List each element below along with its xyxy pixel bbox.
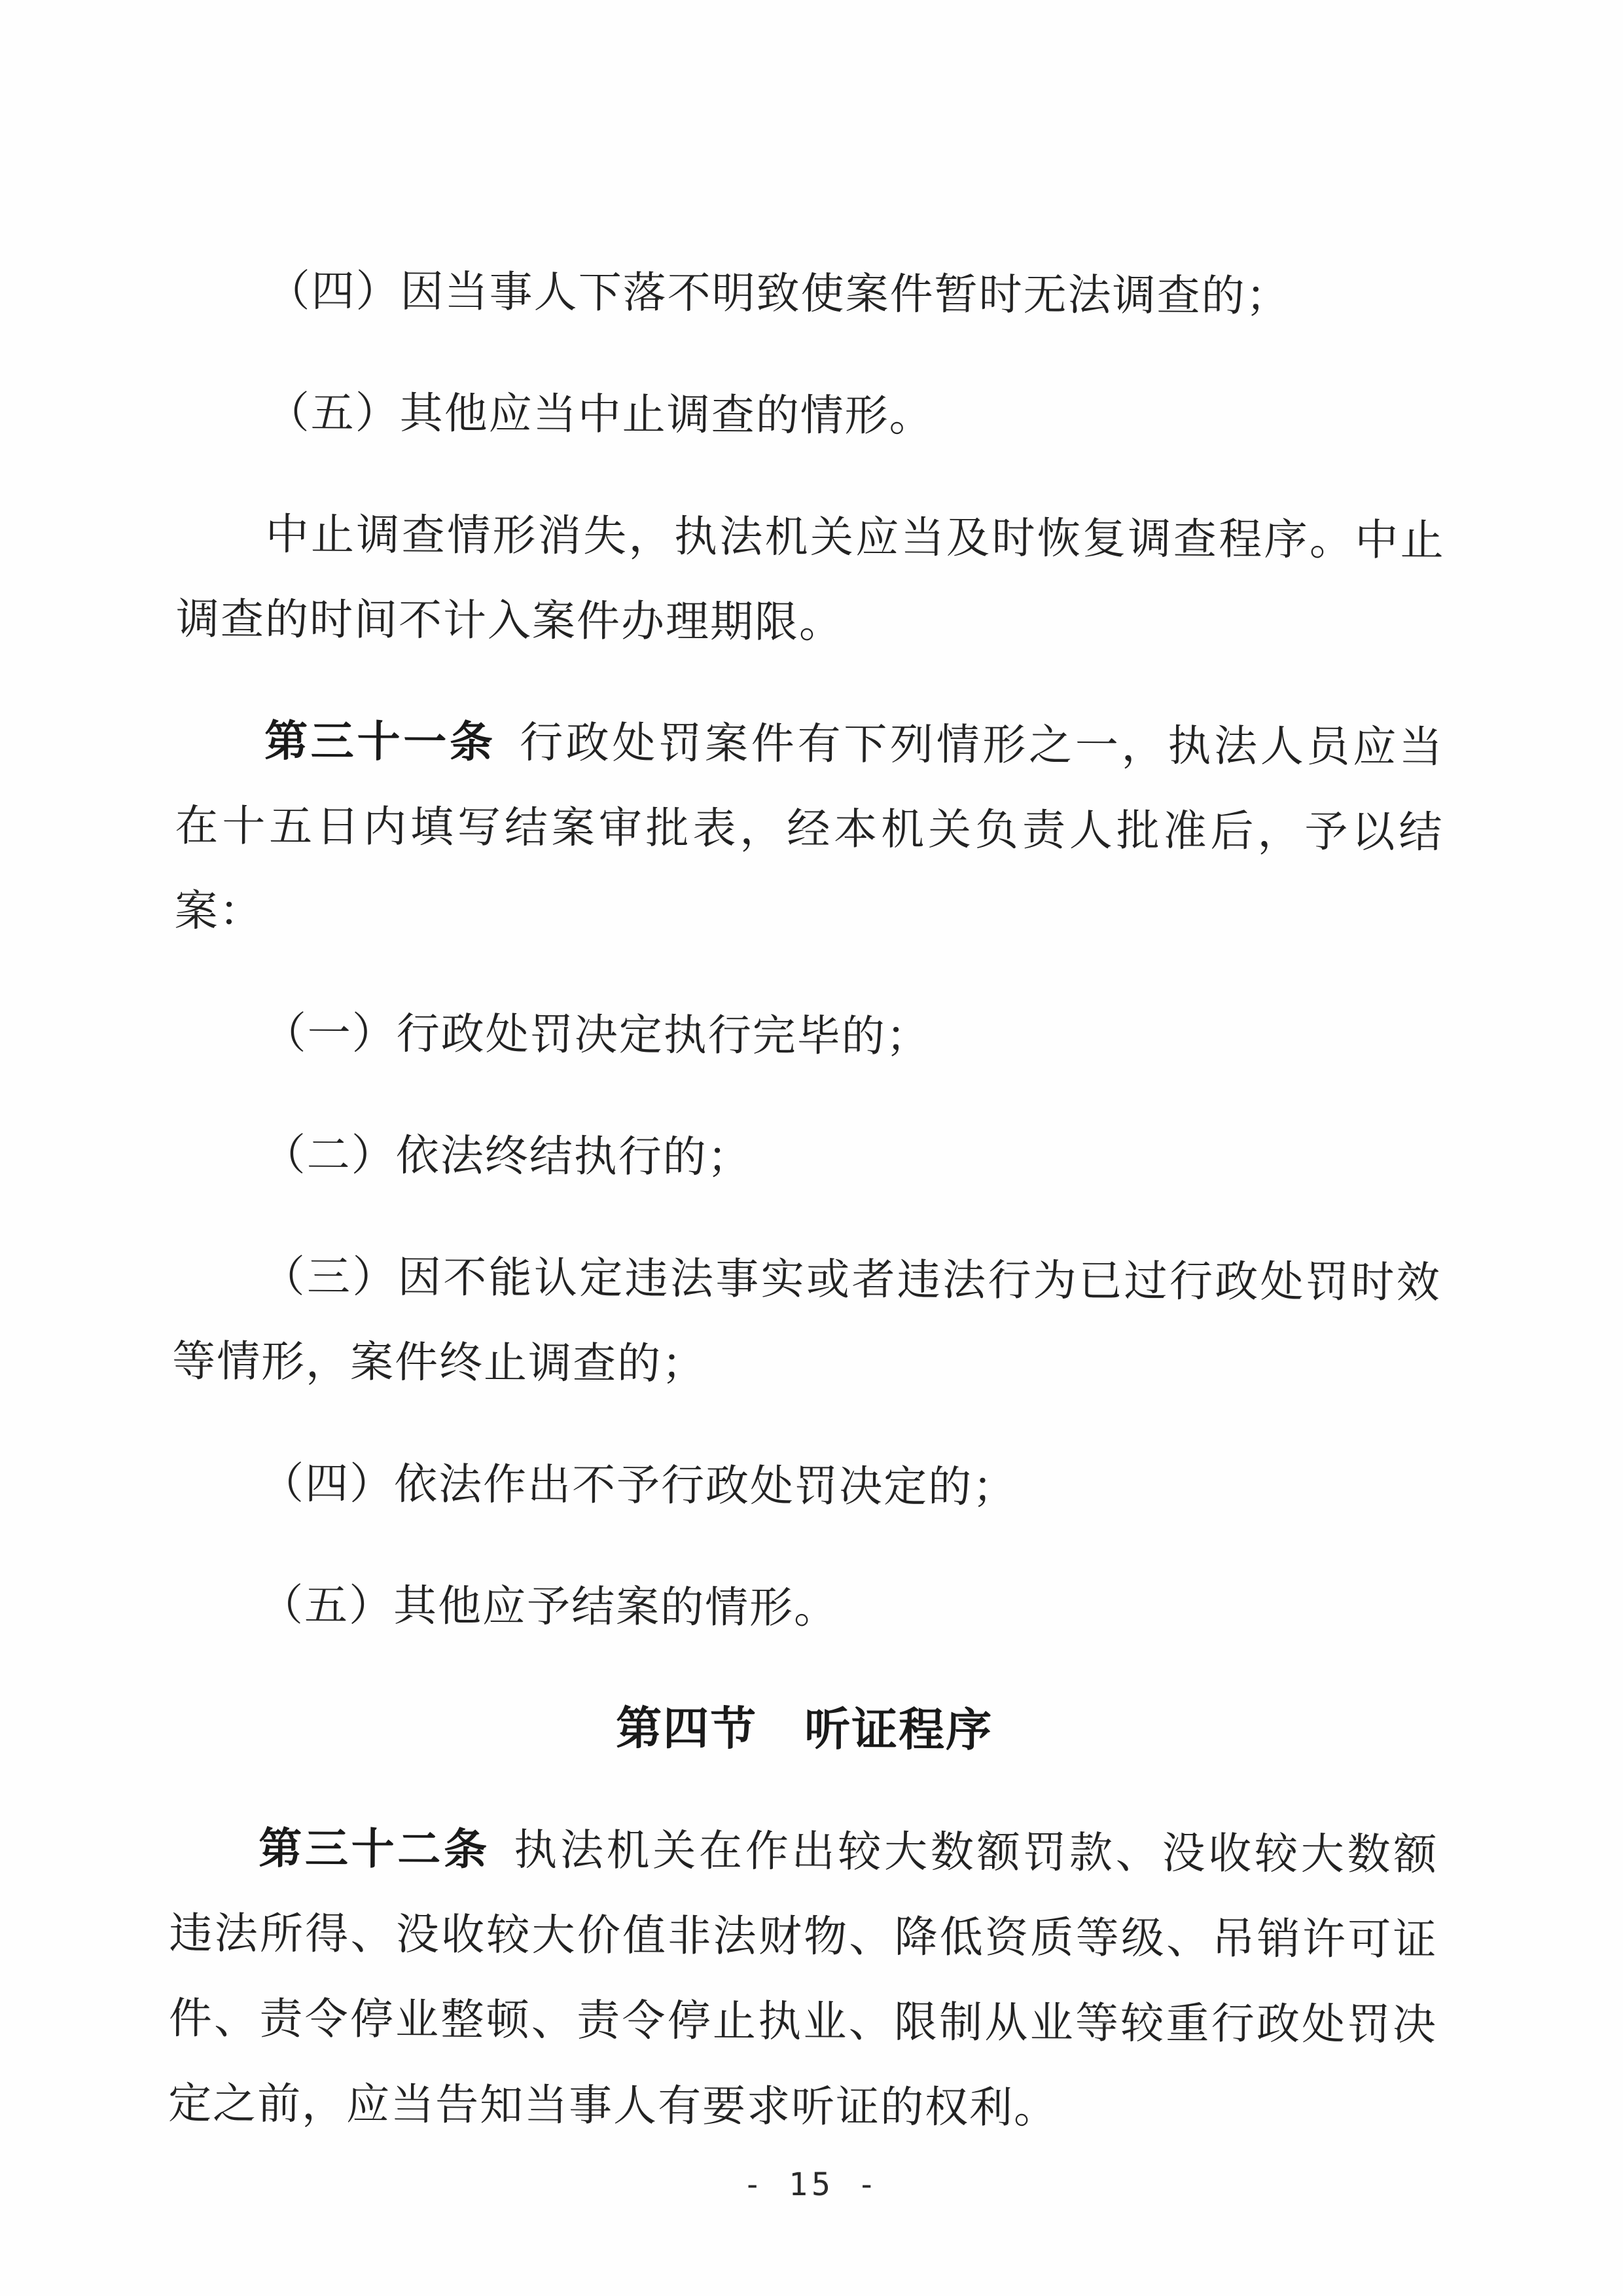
body-paragraph: 中止调查情形消失，执法机关应当及时恢复调查程序。中止调查的时间不计入案件办理期限… [176, 492, 1445, 669]
clause-item-3: （三）因不能认定违法事实或者违法行为已过行政处罚时效等情形，案件终止调查的； [172, 1234, 1441, 1411]
document-body: （四）因当事人下落不明致使案件暂时无法调查的； （五）其他应当中止调查的情形。 … [168, 249, 1446, 2190]
article-32-number: 第三十二条 [259, 1825, 490, 1874]
section-heading: 第四节 听证程序 [170, 1685, 1439, 1776]
clause-item-4b: （四）依法作出不予行政处罚决定的； [171, 1441, 1440, 1533]
article-31-paragraph: 第三十一条行政处罚案件有下列情形之一，执法人员应当在十五日内填写结案审批表，经本… [174, 699, 1444, 961]
clause-item-1: （一）行政处罚决定执行完毕的； [173, 991, 1442, 1083]
article-31-number: 第三十一条 [264, 718, 496, 767]
clause-item-2: （二）依法终结执行的； [173, 1113, 1442, 1204]
clause-item-5b: （五）其他应予结案的情形。 [171, 1563, 1440, 1655]
clause-item-4: （四）因当事人下落不明致使案件暂时无法调查的； [177, 249, 1446, 340]
clause-item-5: （五）其他应当中止调查的情形。 [177, 370, 1446, 462]
page-number: - 15 - [0, 2166, 1623, 2203]
article-32-paragraph: 第三十二条执法机关在作出较大数额罚款、没收较大数额违法所得、没收较大价值非法财物… [168, 1806, 1438, 2153]
document-page: （四）因当事人下落不明致使案件暂时无法调查的； （五）其他应当中止调查的情形。 … [0, 0, 1623, 2296]
